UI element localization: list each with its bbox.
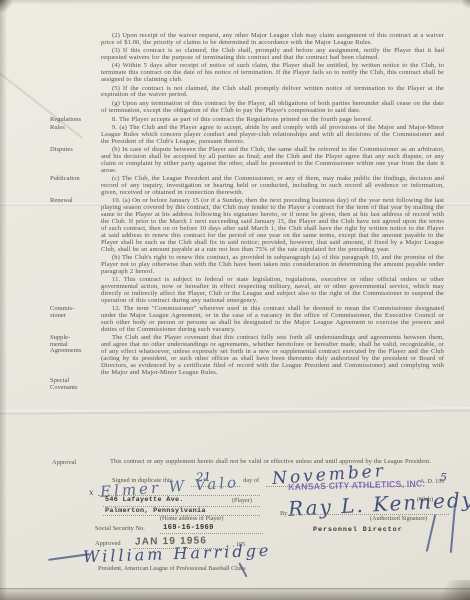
ssn-label: Social Security No. (95, 525, 145, 532)
section-special-covenants: Special Covenants (101, 378, 444, 393)
clause-waiver-4: (4) Within 5 days after receipt of notic… (101, 63, 444, 84)
club-label: (Club) (417, 496, 433, 503)
section-rules: Rules 9. (a) The Club and the Player agr… (101, 125, 444, 146)
ssn-line (160, 532, 263, 534)
contract-body: (2) Upon receipt of the waiver request, … (101, 33, 444, 393)
section-commissioner: Commis- sioner 12. The term "Commissione… (101, 306, 444, 334)
clause-publication: (c) The Club, the League President and t… (101, 176, 444, 197)
clause-approval: This contract or any supplement hereto s… (99, 458, 444, 465)
player-address-line1: 546 Lafayette Ave. (105, 496, 184, 504)
section-regulations: Regulations 8. The Player accepts as par… (101, 117, 444, 124)
signature-flourish-stroke (426, 514, 436, 551)
label-special-covenants: Special Covenants (50, 378, 100, 391)
clause-renewal-a: 10. (a) On or before January 15 (or if a… (101, 198, 444, 253)
home-address-label: (Home address of Player) (160, 515, 223, 522)
clause-waiver-3: (3) If this contract is so claimed, the … (101, 48, 444, 62)
authorized-signature-label: (Authorized Signature) (370, 515, 427, 522)
label-publication: Publication (50, 176, 100, 183)
label-disputes: Disputes (50, 147, 100, 154)
section-publication: Publication (c) The Club, the League Pre… (101, 176, 444, 197)
paper-corner-top-left (0, 0, 12, 14)
clause-waiver-2: (2) Upon receipt of the waiver request, … (101, 33, 444, 47)
paper-corner-bottom-right (436, 580, 470, 600)
section-renewal: Renewal 10. (a) On or before January 15 … (101, 198, 444, 304)
handwritten-year-digit: 5 (440, 471, 447, 484)
label-commissioner: Commis- sioner (50, 306, 100, 319)
clause-rules: 9. (a) The Club and the Player agree to … (101, 125, 444, 146)
section-disputes: Disputes (b) In case of dispute between … (101, 147, 444, 175)
label-rules: Rules (50, 125, 100, 132)
ssn-value: 169-16-1969 (163, 524, 214, 532)
club-officer-title: Personnel Director (313, 526, 403, 534)
by-label: By (280, 510, 287, 517)
paper-edge-bottom (0, 587, 470, 600)
clause-commissioner: 12. The term "Commissioner" wherever use… (101, 306, 444, 334)
label-regulations: Regulations (50, 117, 100, 124)
x-mark: x (89, 488, 94, 497)
clause-regulations: 8. The Player accepts as part of this co… (101, 117, 444, 124)
fold-crease-lower (0, 407, 470, 414)
label-supplemental-agreements: Supple- mental Agreements (50, 335, 100, 355)
paper-edge-top (0, 0, 470, 5)
player-label: (Player) (232, 497, 252, 504)
clause-supplemental: The Club and the Player covenant that th… (101, 335, 444, 376)
clause-waiver-g: (g) Upon any termination of this contrac… (101, 101, 444, 115)
paper-edge-left (0, 0, 7, 600)
clause-disputes: (b) In case of dispute between the Playe… (101, 147, 444, 175)
label-approval: Approval (52, 459, 76, 466)
clause-renewal-b: (b) The Club's right to renew this contr… (101, 255, 444, 276)
section-supplemental: Supple- mental Agreements The Club and t… (101, 335, 444, 376)
contract-page: (2) Upon receipt of the waiver request, … (0, 0, 470, 600)
paper-corner-top-right (461, 0, 470, 9)
clause-11: 11. This contract is subject to federal … (101, 277, 444, 305)
clause-waiver-5: (5) If the contract is not claimed, the … (101, 86, 444, 100)
day-of-text: day of (243, 477, 259, 484)
president-title: President, American League of Profession… (98, 565, 246, 572)
label-renewal: Renewal (50, 198, 100, 205)
